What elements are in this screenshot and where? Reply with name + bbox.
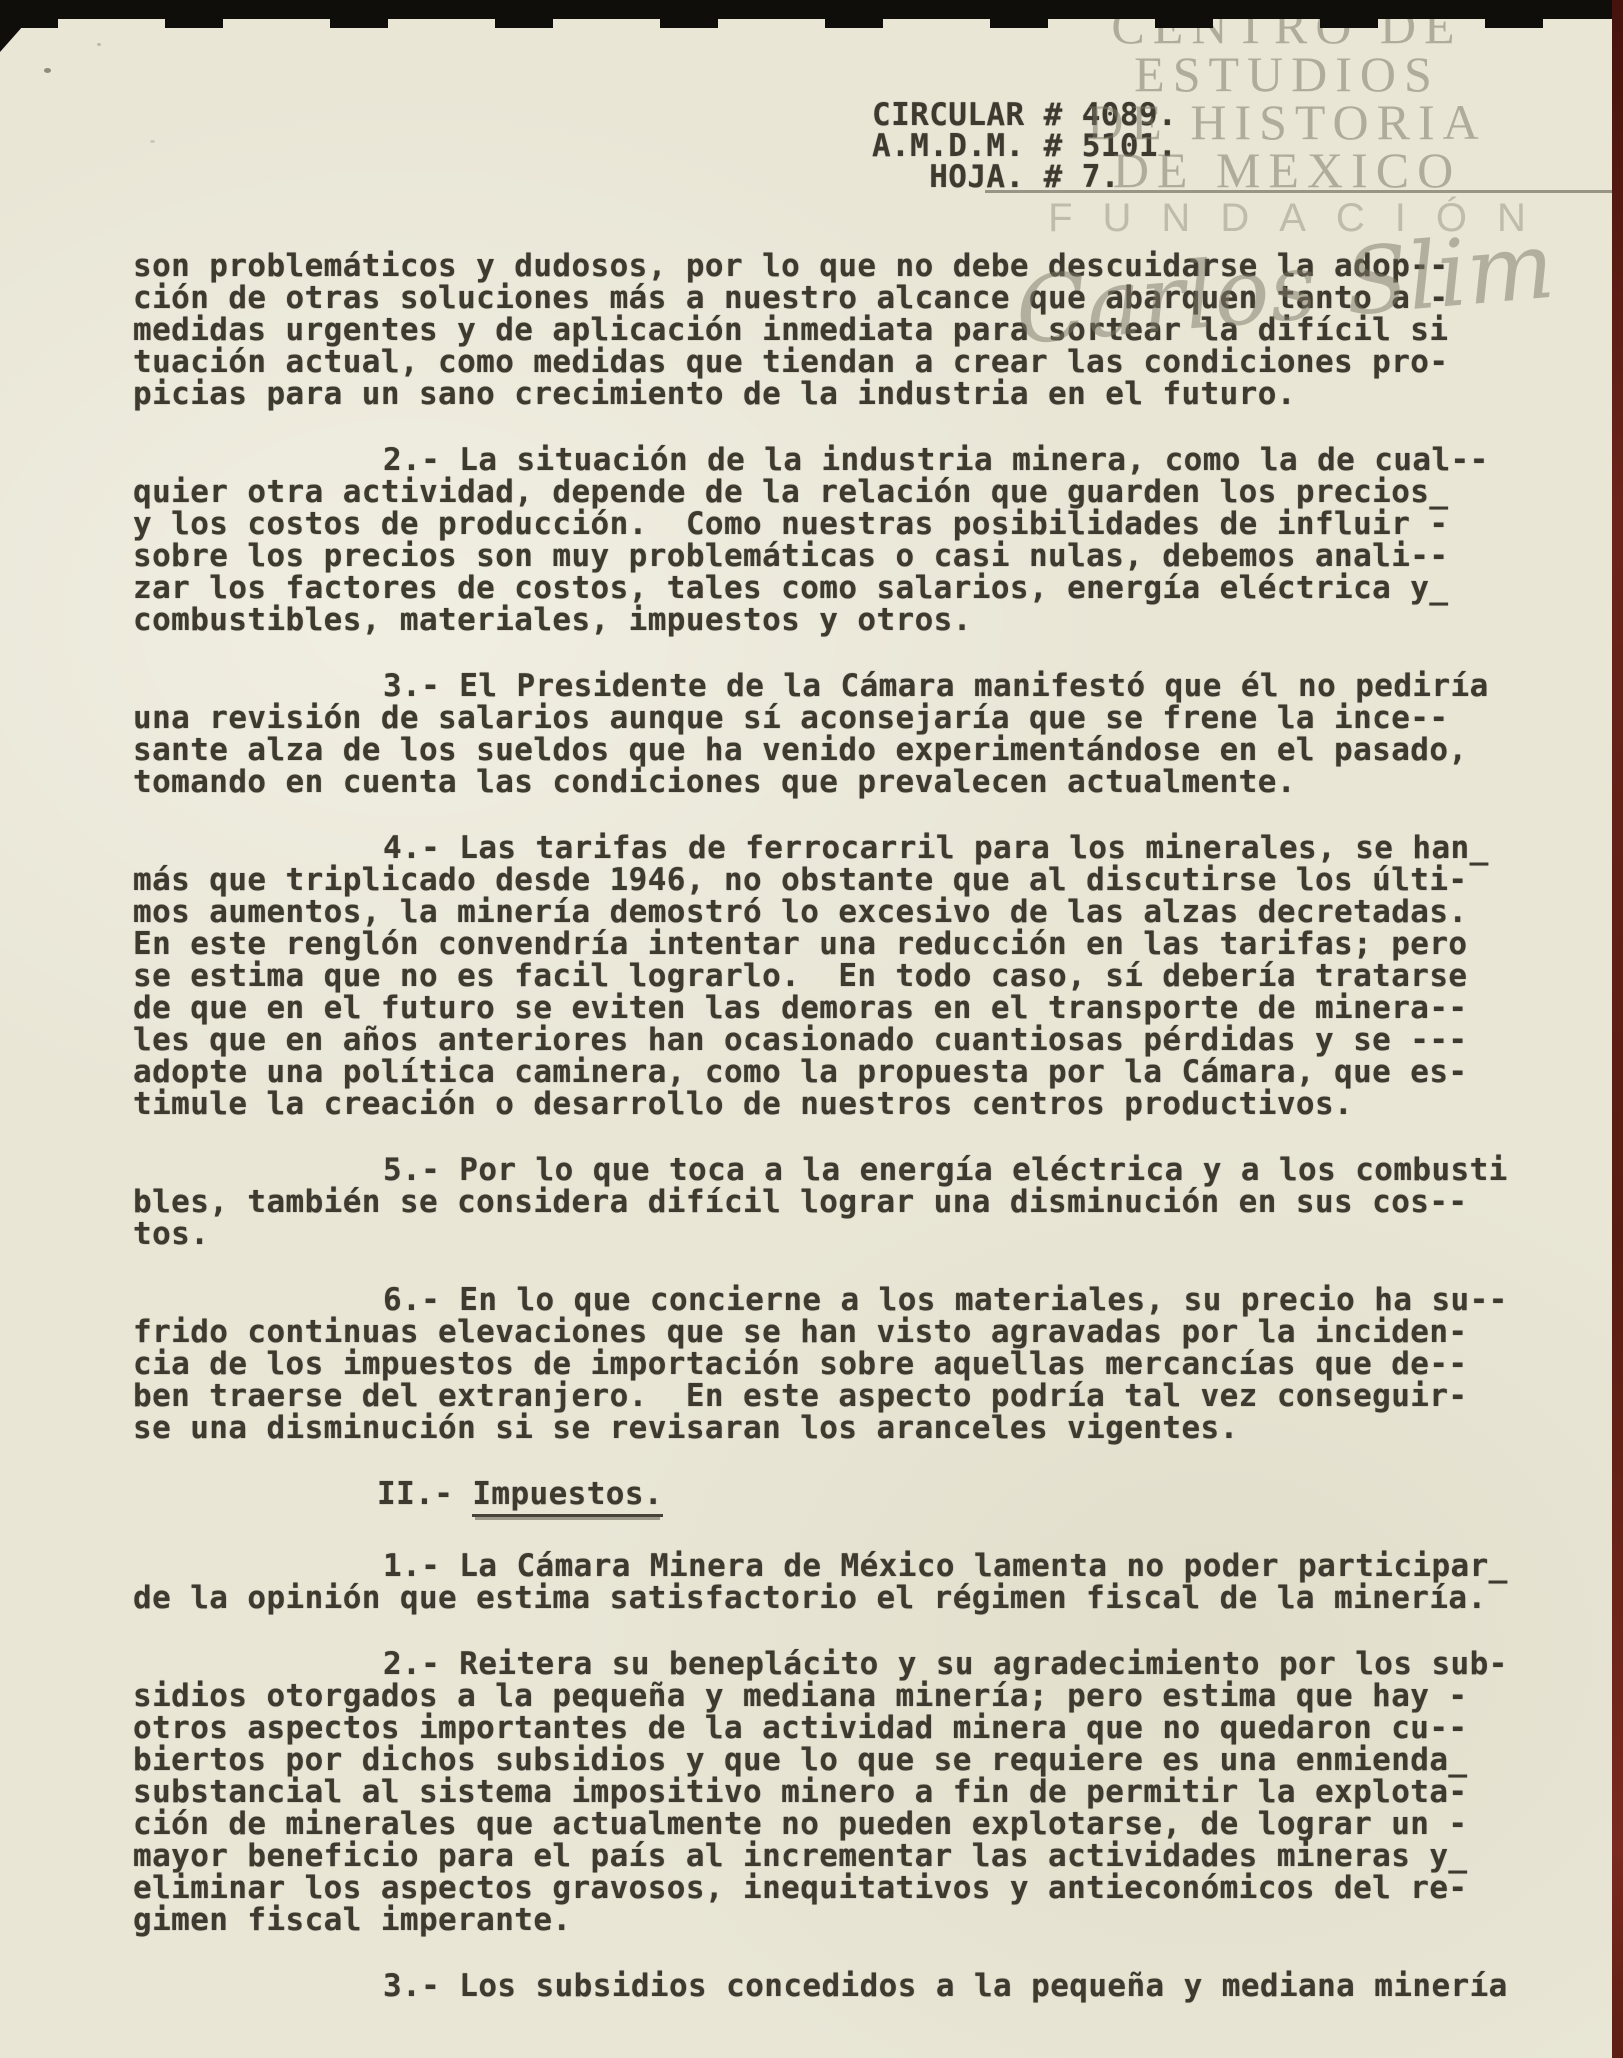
- text-line: tomando en cuenta las condiciones que pr…: [133, 766, 1553, 798]
- text-line: 3.- Los subsidios concedidos a la pequeñ…: [133, 1970, 1553, 2002]
- text-line: 1.- La Cámara Minera de México lamenta n…: [133, 1550, 1553, 1582]
- text-line: En este renglón convendría intentar una …: [133, 928, 1553, 960]
- paragraph: 3.- Los subsidios concedidos a la pequeñ…: [133, 1970, 1553, 2002]
- text-line: frido continuas elevaciones que se han v…: [133, 1316, 1553, 1348]
- text-line: de la opinión que estima satisfactorio e…: [133, 1582, 1553, 1614]
- watermark-line: DE HISTORIA: [958, 98, 1616, 146]
- section-heading-title: Impuestos.: [472, 1476, 663, 1517]
- text-line: otros aspectos importantes de la activid…: [133, 1712, 1553, 1744]
- paragraph: 6.- En lo que concierne a los materiales…: [133, 1284, 1553, 1444]
- watermark-institution: CENTRO DE ESTUDIOS DE HISTORIA DE MEXICO: [958, 2, 1616, 194]
- paragraph: 4.- Las tarifas de ferrocarril para los …: [133, 832, 1553, 1120]
- paper-speck: [44, 68, 51, 73]
- text-line: una revisión de salarios aunque sí acons…: [133, 702, 1553, 734]
- paragraph: 1.- La Cámara Minera de México lamenta n…: [133, 1550, 1553, 1614]
- text-line: sante alza de los sueldos que ha venido …: [133, 734, 1553, 766]
- book-spine-strip: [1612, 0, 1623, 2058]
- text-line: substancial al sistema impositivo minero…: [133, 1776, 1553, 1808]
- watermark-rule: [985, 190, 1612, 193]
- text-line: mos aumentos, la minería demostró lo exc…: [133, 896, 1553, 928]
- text-line: 3.- El Presidente de la Cámara manifestó…: [133, 670, 1553, 702]
- paragraph: 5.- Por lo que toca a la energía eléctri…: [133, 1154, 1553, 1250]
- text-line: se una disminución si se revisaran los a…: [133, 1412, 1553, 1444]
- text-line: bles, también se considera difícil logra…: [133, 1186, 1553, 1218]
- text-line: 2.- La situación de la industria minera,…: [133, 444, 1553, 476]
- text-line: mayor beneficio para el país al incremen…: [133, 1840, 1553, 1872]
- text-line: cia de los impuestos de importación sobr…: [133, 1348, 1553, 1380]
- text-line: tos.: [133, 1218, 1553, 1250]
- paragraph: 2.- La situación de la industria minera,…: [133, 444, 1553, 636]
- paper-speck: [97, 43, 101, 46]
- text-line: zar los factores de costos, tales como s…: [133, 572, 1553, 604]
- text-line: les que en años anteriores han ocasionad…: [133, 1024, 1553, 1056]
- section-heading-prefix: II.-: [377, 1476, 472, 1512]
- scanned-document-page: CENTRO DE ESTUDIOS DE HISTORIA DE MEXICO…: [0, 0, 1623, 2058]
- text-line: ben traerse del extranjero. En este aspe…: [133, 1380, 1553, 1412]
- text-line: adopte una política caminera, como la pr…: [133, 1056, 1553, 1088]
- text-line: sobre los precios son muy problemáticas …: [133, 540, 1553, 572]
- scan-corner-top-left: [0, 0, 46, 52]
- text-line: sidios otorgados a la pequeña y mediana …: [133, 1680, 1553, 1712]
- document-body: son problemáticos y dudosos, por lo que …: [133, 250, 1553, 2036]
- text-line: tuación actual, como medidas que tiendan…: [133, 346, 1553, 378]
- watermark-line: ESTUDIOS: [958, 50, 1616, 98]
- text-line: 4.- Las tarifas de ferrocarril para los …: [133, 832, 1553, 864]
- paragraph: 3.- El Presidente de la Cámara manifestó…: [133, 670, 1553, 798]
- text-line: biertos por dichos subsidios y que lo qu…: [133, 1744, 1553, 1776]
- text-line: 5.- Por lo que toca a la energía eléctri…: [133, 1154, 1553, 1186]
- text-line: combustibles, materiales, impuestos y ot…: [133, 604, 1553, 636]
- text-line: gimen fiscal imperante.: [133, 1904, 1553, 1936]
- text-line: quier otra actividad, depende de la rela…: [133, 476, 1553, 508]
- text-line: 6.- En lo que concierne a los materiales…: [133, 1284, 1553, 1316]
- text-line: de que en el futuro se eviten las demora…: [133, 992, 1553, 1024]
- paper-speck: [150, 140, 155, 143]
- text-line: eliminar los aspectos gravosos, inequita…: [133, 1872, 1553, 1904]
- text-line: 2.- Reitera su beneplácito y su agradeci…: [133, 1648, 1553, 1680]
- text-line: timule la creación o desarrollo de nuest…: [133, 1088, 1553, 1120]
- text-line: más que triplicado desde 1946, no obstan…: [133, 864, 1553, 896]
- text-line: picias para un sano crecimiento de la in…: [133, 378, 1553, 410]
- text-line: se estima que no es facil lograrlo. En t…: [133, 960, 1553, 992]
- section-heading: II.- Impuestos.: [133, 1478, 1553, 1510]
- text-line: y los costos de producción. Como nuestra…: [133, 508, 1553, 540]
- paragraph: 2.- Reitera su beneplácito y su agradeci…: [133, 1648, 1553, 1936]
- watermark-line: DE MEXICO: [958, 146, 1616, 194]
- scan-edge-top: [0, 0, 1623, 19]
- text-line: ción de minerales que actualmente no pue…: [133, 1808, 1553, 1840]
